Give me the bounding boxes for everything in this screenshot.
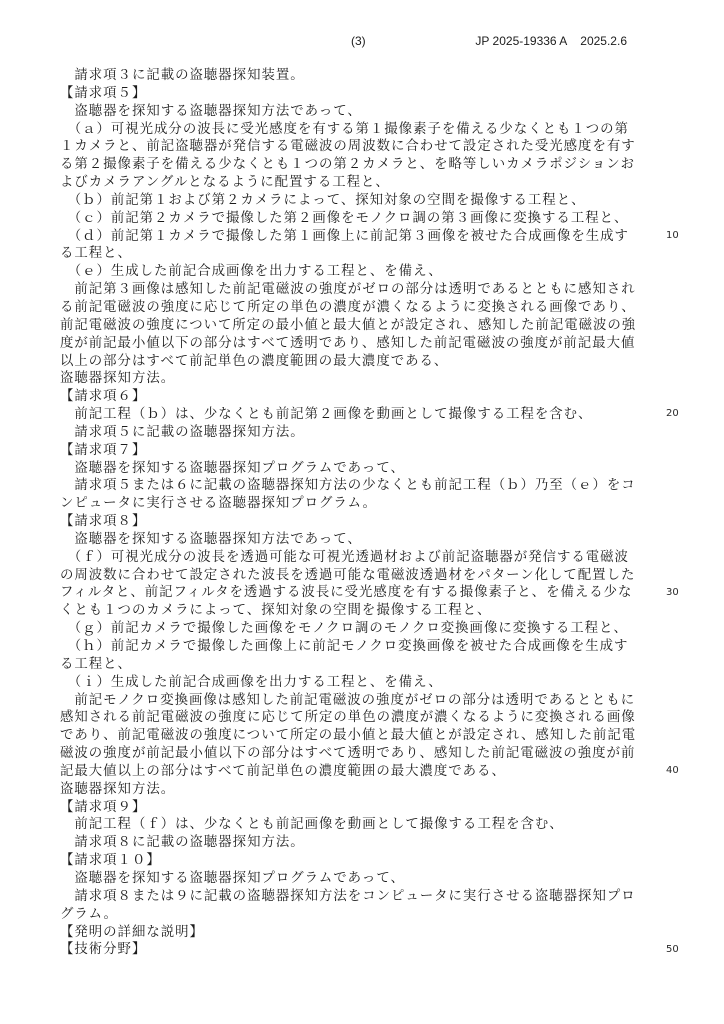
text-lines: 請求項３に記載の盗聴器探知装置。【請求項５】 盗聴器を探知する盗聴器探知方法であ…: [60, 66, 646, 958]
text-line: （ｄ）前記第１カメラで撮像した第１画像上に前記第３画像を被せた合成画像を生成す: [60, 227, 646, 245]
text-line: 請求項５または６に記載の盗聴器探知方法の少なくとも前記工程（ｂ）乃至（ｅ）をコ: [60, 476, 646, 494]
margin-line-number: 30: [666, 584, 688, 602]
text-line: （ｅ）生成した前記合成画像を出力する工程と、を備え、: [60, 262, 646, 280]
text-line: 【請求項９】: [60, 798, 646, 816]
text-line: 【請求項５】: [60, 84, 646, 102]
text-line: 請求項３に記載の盗聴器探知装置。: [60, 66, 646, 84]
text-line: １カメラと、前記盗聴器が発信する電磁波の周波数に合わせて設定された受光感度を有す: [60, 137, 646, 155]
text-line: 前記第３画像は感知した前記電磁波の強度がゼロの部分は透明であるとともに感知され: [60, 280, 646, 298]
text-line: （ｉ）生成した前記合成画像を出力する工程と、を備え、: [60, 673, 646, 691]
publication-date: 2025.2.6: [580, 34, 627, 48]
margin-line-number: 10: [666, 227, 688, 245]
text-line: （ｂ）前記第１および第２カメラによって、探知対象の空間を撮像する工程と、: [60, 191, 646, 209]
text-line: フィルタと、前記フィルタを透過する波長に受光感度を有する撮像素子と、を備える少な: [60, 583, 646, 601]
text-line: 盗聴器を探知する盗聴器探知方法であって、: [60, 530, 646, 548]
patent-page: (3) JP 2025-19336 A2025.2.6 請求項３に記載の盗聴器探…: [0, 0, 724, 1024]
text-line: であり、前記電磁波の強度について所定の最小値と最大値とが設定され、感知した前記電: [60, 726, 646, 744]
text-line: （ｈ）前記カメラで撮像した画像上に前記モノクロ変換画像を被せた合成画像を生成す: [60, 637, 646, 655]
text-line: 【請求項８】: [60, 512, 646, 530]
text-line: よびカメラアングルとなるように配置する工程と、: [60, 173, 646, 191]
text-line: 【技術分野】: [60, 940, 646, 958]
text-line: 前記工程（ｂ）は、少なくとも前記第２画像を動画として撮像する工程を含む、: [60, 405, 646, 423]
text-line: 記最大値以上の部分はすべて前記単色の濃度範囲の最大濃度である、: [60, 762, 646, 780]
text-line: 感知される前記電磁波の強度に応じて所定の単色の濃度が濃くなるように変換される画像: [60, 708, 646, 726]
text-line: る第２撮像素子を備える少なくとも１つの第２カメラと、を略等しいカメラポジションお: [60, 155, 646, 173]
text-line: くとも１つのカメラによって、探知対象の空間を撮像する工程と、: [60, 601, 646, 619]
text-line: の周波数に合わせて設定された波長を透過可能な電磁波透過材をパターン化して配置した: [60, 566, 646, 584]
text-line: 盗聴器を探知する盗聴器探知プログラムであって、: [60, 459, 646, 477]
text-line: 【発明の詳細な説明】: [60, 923, 646, 941]
text-line: ンピュータに実行させる盗聴器探知プログラム。: [60, 494, 646, 512]
text-line: 盗聴器を探知する盗聴器探知プログラムであって、: [60, 869, 646, 887]
text-line: 以上の部分はすべて前記単色の濃度範囲の最大濃度である、: [60, 352, 646, 370]
text-line: 請求項５に記載の盗聴器探知方法。: [60, 423, 646, 441]
text-line: （ｇ）前記カメラで撮像した画像をモノクロ調のモノクロ変換画像に変換する工程と、: [60, 619, 646, 637]
publication-info: JP 2025-19336 A2025.2.6: [475, 33, 627, 49]
text-line: 【請求項６】: [60, 387, 646, 405]
text-line: 請求項８または９に記載の盗聴器探知方法をコンピュータに実行させる盗聴器探知プロ: [60, 887, 646, 905]
text-line: る工程と、: [60, 244, 646, 262]
text-line: る前記電磁波の強度に応じて所定の単色の濃度が濃くなるように変換される画像であり、: [60, 298, 646, 316]
page-header: (3) JP 2025-19336 A2025.2.6: [0, 33, 724, 49]
text-line: 【請求項１０】: [60, 851, 646, 869]
margin-line-number: 50: [666, 941, 688, 959]
text-line: グラム。: [60, 905, 646, 923]
page-number: (3): [351, 33, 366, 49]
text-line: 前記モノクロ変換画像は感知した前記電磁波の強度がゼロの部分は透明であるとともに: [60, 691, 646, 709]
text-line: 前記工程（ｆ）は、少なくとも前記画像を動画として撮像する工程を含む、: [60, 815, 646, 833]
text-line: 度が前記最小値以下の部分はすべて透明であり、感知した前記電磁波の強度が前記最大値: [60, 334, 646, 352]
text-line: （ａ）可視光成分の波長に受光感度を有する第１撮像素子を備える少なくとも１つの第: [60, 120, 646, 138]
text-line: る工程と、: [60, 655, 646, 673]
text-line: 請求項８に記載の盗聴器探知方法。: [60, 833, 646, 851]
text-line: （ｆ）可視光成分の波長を透過可能な可視光透過材および前記盗聴器が発信する電磁波: [60, 548, 646, 566]
margin-line-number: 20: [666, 405, 688, 423]
text-line: 盗聴器を探知する盗聴器探知方法であって、: [60, 102, 646, 120]
publication-number: JP 2025-19336 A: [475, 34, 567, 48]
text-line: 盗聴器探知方法。: [60, 369, 646, 387]
text-line: （ｃ）前記第２カメラで撮像した第２画像をモノクロ調の第３画像に変換する工程と、: [60, 209, 646, 227]
text-line: 磁波の強度が前記最小値以下の部分はすべて透明であり、感知した前記電磁波の強度が前: [60, 744, 646, 762]
margin-line-number: 40: [666, 762, 688, 780]
text-line: 前記電磁波の強度について所定の最小値と最大値とが設定され、感知した前記電磁波の強: [60, 316, 646, 334]
text-line: 盗聴器探知方法。: [60, 780, 646, 798]
text-line: 【請求項７】: [60, 441, 646, 459]
